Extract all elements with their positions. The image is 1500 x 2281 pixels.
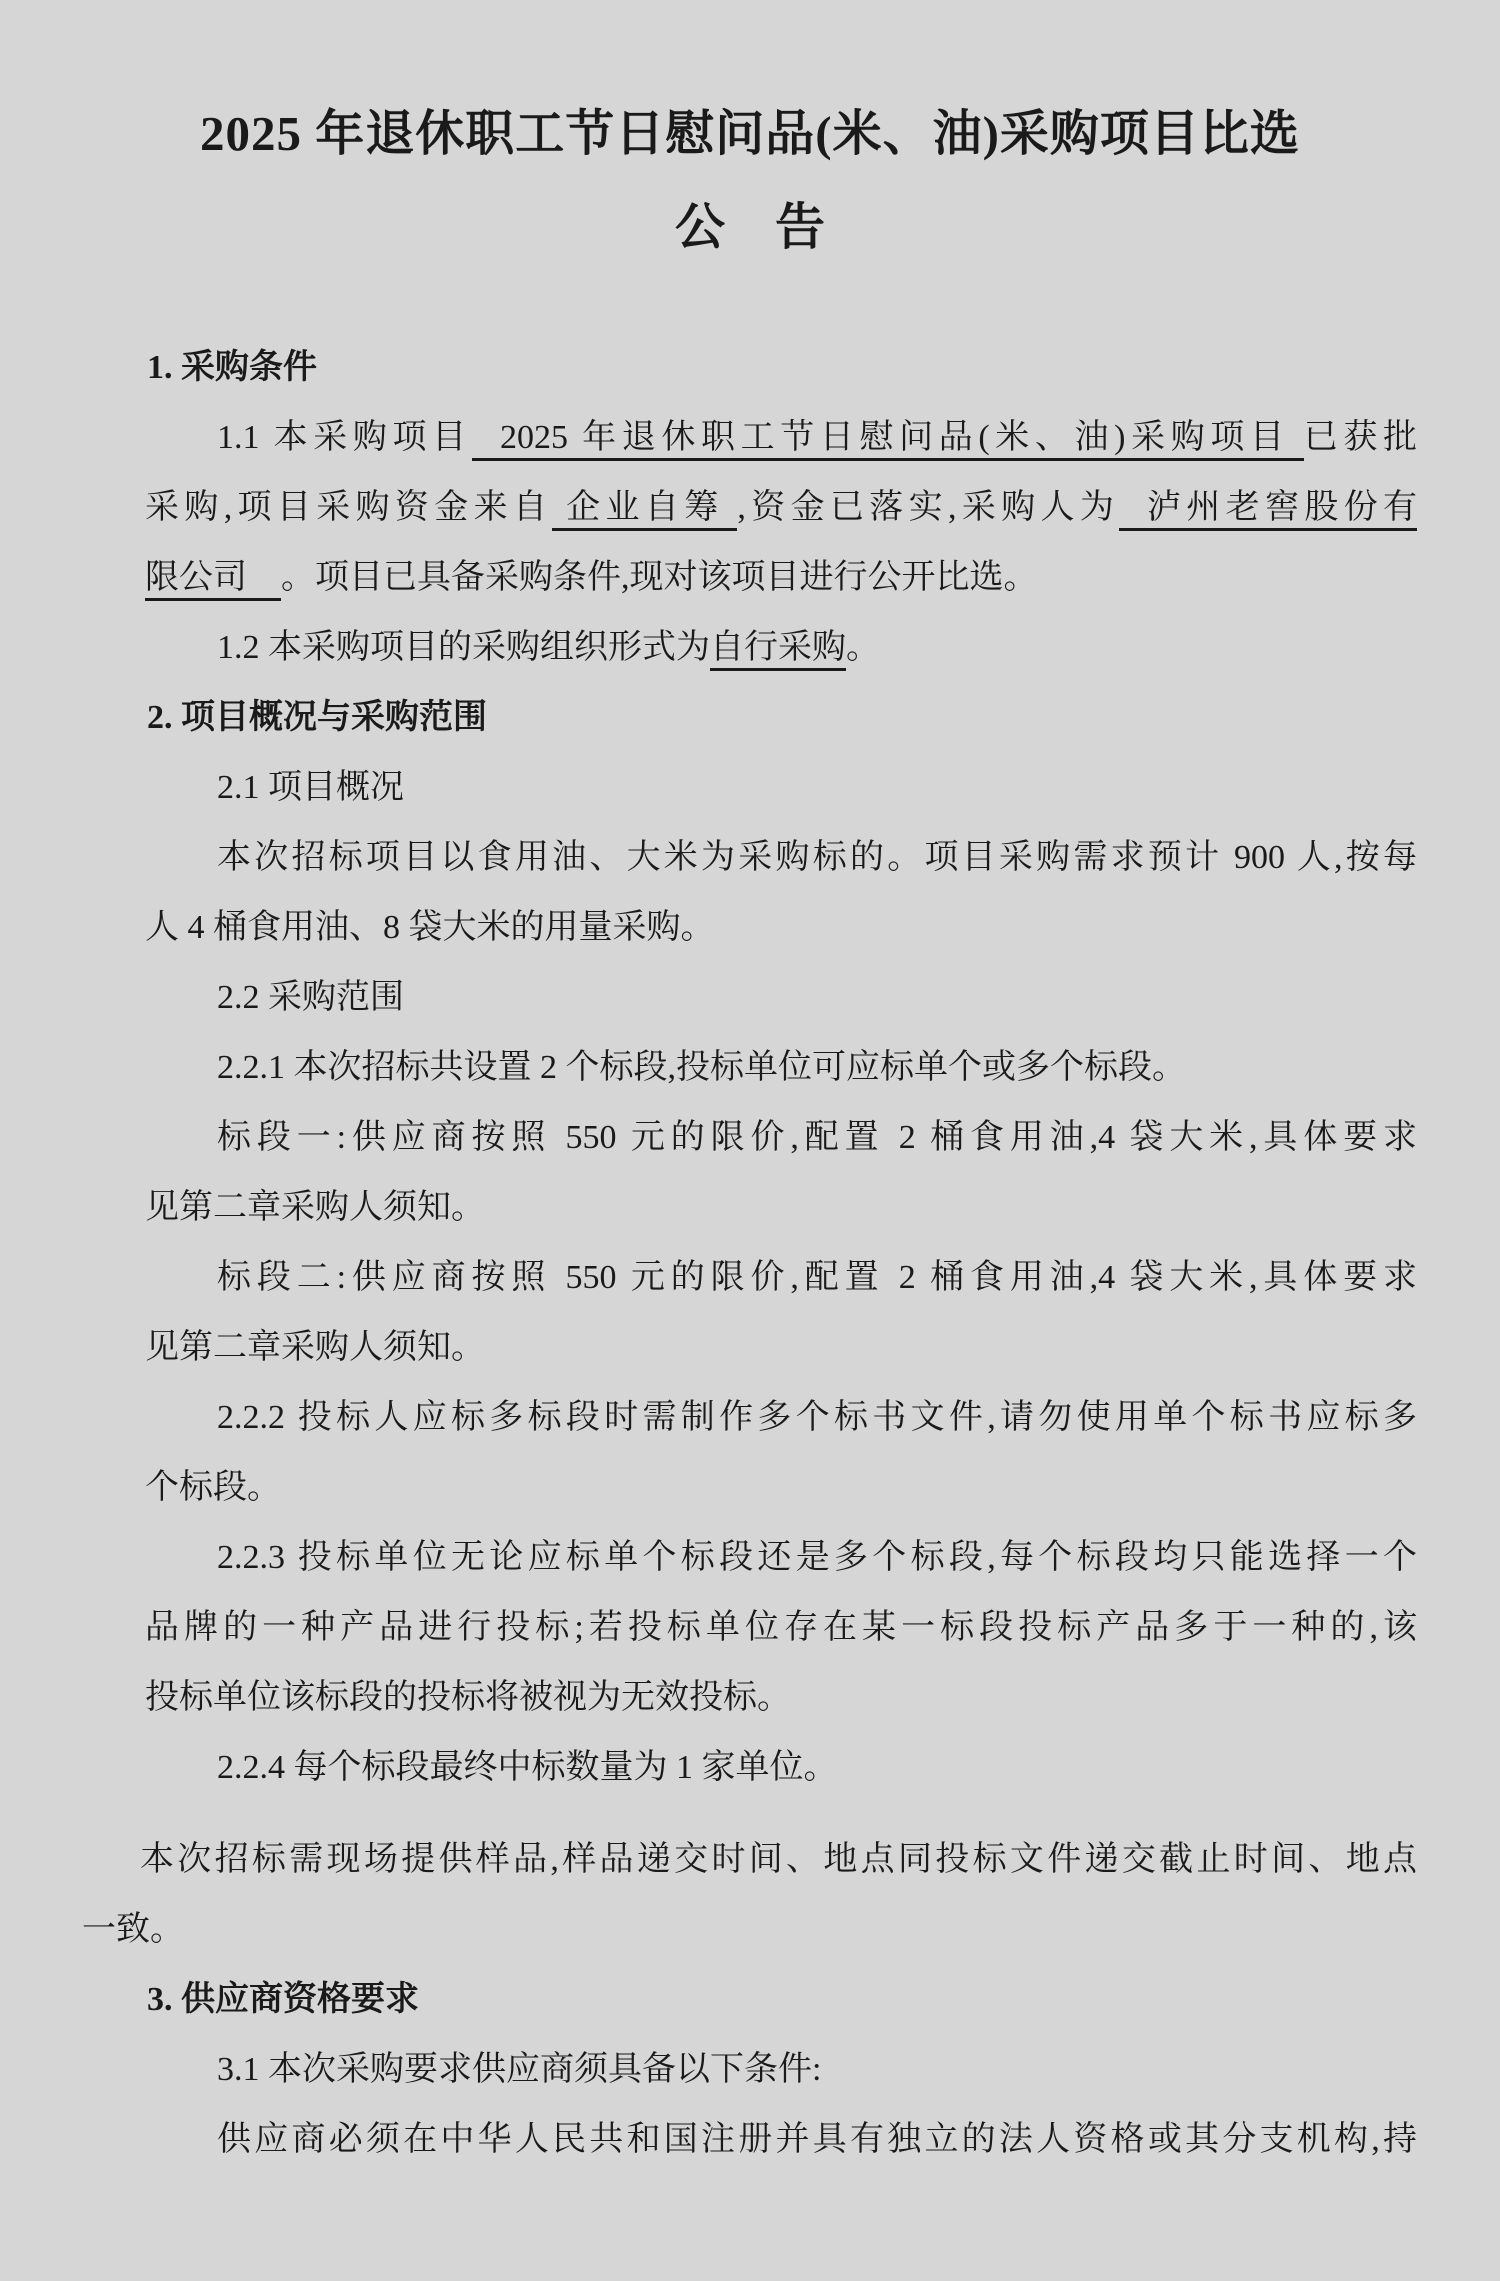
page-title-line2: 公 告 bbox=[0, 196, 1500, 259]
text-segment: ,资金已落实,采购人为 bbox=[737, 489, 1119, 526]
text-segment: 本次招标项目以食用油、大米为采购标的。项目采购需求预计 900 人,按每 bbox=[217, 839, 1417, 876]
document-line: 投标单位该标段的投标将被视为无效投标。 bbox=[145, 1663, 1417, 1733]
text-segment: 。项目已具备采购条件,现对该项目进行公开比选。 bbox=[281, 559, 1038, 596]
document-line: 个标段。 bbox=[145, 1453, 1417, 1523]
document-line: 见第二章采购人须知。 bbox=[145, 1313, 1417, 1383]
document-line: 供应商必须在中华人民共和国注册并具有独立的法人资格或其分支机构,持 bbox=[217, 2105, 1417, 2175]
underlined-field: 2025 年退休职工节日慰问品(米、油)采购项目 bbox=[472, 419, 1304, 461]
document-line: 2.2.4 每个标段最终中标数量为 1 家单位。 bbox=[217, 1733, 1417, 1803]
text-segment: 一致。 bbox=[82, 1911, 184, 1948]
document-body: 1. 采购条件1.1 本采购项目 2025 年退休职工节日慰问品(米、油)采购项… bbox=[0, 333, 1500, 2175]
document-line: 2.2.2 投标人应标多标段时需制作多个标书文件,请勿使用单个标书应标多 bbox=[217, 1383, 1417, 1453]
document-line: 1.1 本采购项目 2025 年退休职工节日慰问品(米、油)采购项目 已获批 bbox=[217, 403, 1417, 473]
text-segment: 1.2 本采购项目的采购组织形式为 bbox=[217, 629, 710, 666]
document-line: 一致。 bbox=[82, 1895, 1417, 1965]
text-segment: 标段二:供应商按照 550 元的限价,配置 2 桶食用油,4 袋大米,具体要求 bbox=[217, 1259, 1417, 1296]
text-segment: 采购,项目采购资金来自 bbox=[145, 489, 552, 526]
text-segment: 本次招标需现场提供样品,样品递交时间、地点同投标文件递交截止时间、地点 bbox=[140, 1841, 1417, 1878]
text-segment: 2.2.4 每个标段最终中标数量为 1 家单位。 bbox=[217, 1749, 838, 1786]
document-line: 本次招标需现场提供样品,样品递交时间、地点同投标文件递交截止时间、地点 bbox=[140, 1825, 1417, 1895]
document-line: 限公司 。项目已具备采购条件,现对该项目进行公开比选。 bbox=[145, 543, 1417, 613]
document-line: 2.2.1 本次招标共设置 2 个标段,投标单位可应标单个或多个标段。 bbox=[217, 1033, 1417, 1103]
text-segment: 标段一:供应商按照 550 元的限价,配置 2 桶食用油,4 袋大米,具体要求 bbox=[217, 1119, 1417, 1156]
underlined-field: 自行采购 bbox=[710, 629, 846, 671]
document-line: 3.1 本次采购要求供应商须具备以下条件: bbox=[217, 2035, 1417, 2105]
text-segment: 见第二章采购人须知。 bbox=[145, 1329, 485, 1366]
section-heading: 3. 供应商资格要求 bbox=[147, 1965, 1417, 2035]
document-line: 标段二:供应商按照 550 元的限价,配置 2 桶食用油,4 袋大米,具体要求 bbox=[217, 1243, 1417, 1313]
underlined-field: 企业自筹 bbox=[552, 489, 737, 531]
document-line: 标段一:供应商按照 550 元的限价,配置 2 桶食用油,4 袋大米,具体要求 bbox=[217, 1103, 1417, 1173]
document-line: 1.2 本采购项目的采购组织形式为自行采购。 bbox=[217, 613, 1417, 683]
section-heading: 1. 采购条件 bbox=[147, 333, 1417, 403]
document-line: 见第二章采购人须知。 bbox=[145, 1173, 1417, 1243]
text-segment: 2.1 项目概况 bbox=[217, 769, 404, 806]
document-line: 2.1 项目概况 bbox=[217, 753, 1417, 823]
text-segment: 3.1 本次采购要求供应商须具备以下条件: bbox=[217, 2051, 821, 2088]
section-heading: 2. 项目概况与采购范围 bbox=[147, 683, 1417, 753]
text-segment: 人 4 桶食用油、8 袋大米的用量采购。 bbox=[145, 909, 715, 946]
text-segment: 2. 项目概况与采购范围 bbox=[147, 699, 487, 736]
document-line: 2.2 采购范围 bbox=[217, 963, 1417, 1033]
text-segment: 投标单位该标段的投标将被视为无效投标。 bbox=[145, 1679, 791, 1716]
text-segment: 3. 供应商资格要求 bbox=[147, 1981, 419, 2018]
document-line: 采购,项目采购资金来自 企业自筹 ,资金已落实,采购人为 泸州老窖股份有 bbox=[145, 473, 1417, 543]
document-line: 2.2.3 投标单位无论应标单个标段还是多个标段,每个标段均只能选择一个 bbox=[217, 1523, 1417, 1593]
text-segment: 见第二章采购人须知。 bbox=[145, 1189, 485, 1226]
text-segment: 2.2.2 投标人应标多标段时需制作多个标书文件,请勿使用单个标书应标多 bbox=[217, 1399, 1417, 1436]
text-segment: 2.2.1 本次招标共设置 2 个标段,投标单位可应标单个或多个标段。 bbox=[217, 1049, 1186, 1086]
text-segment: 已获批 bbox=[1304, 419, 1417, 456]
underlined-field: 泸州老窖股份有 bbox=[1119, 489, 1417, 531]
text-segment: 个标段。 bbox=[145, 1469, 281, 1506]
text-segment: 1.1 本采购项目 bbox=[217, 419, 472, 456]
document-line: 本次招标项目以食用油、大米为采购标的。项目采购需求预计 900 人,按每 bbox=[217, 823, 1417, 893]
text-segment: 2.2 采购范围 bbox=[217, 979, 404, 1016]
text-segment: 2.2.3 投标单位无论应标单个标段还是多个标段,每个标段均只能选择一个 bbox=[217, 1539, 1417, 1576]
text-segment: 。 bbox=[846, 629, 880, 666]
document-line: 品牌的一种产品进行投标;若投标单位存在某一标段投标产品多于一种的,该 bbox=[145, 1593, 1417, 1663]
underlined-field: 限公司 bbox=[145, 559, 281, 601]
page-title: 2025 年退休职工节日慰问品(米、油)采购项目比选 bbox=[0, 103, 1500, 164]
text-segment: 供应商必须在中华人民共和国注册并具有独立的法人资格或其分支机构,持 bbox=[217, 2121, 1417, 2158]
document-page: 2025 年退休职工节日慰问品(米、油)采购项目比选 公 告 1. 采购条件1.… bbox=[0, 0, 1500, 2281]
text-segment: 品牌的一种产品进行投标;若投标单位存在某一标段投标产品多于一种的,该 bbox=[145, 1609, 1417, 1646]
text-segment: 1. 采购条件 bbox=[147, 349, 317, 386]
document-line: 人 4 桶食用油、8 袋大米的用量采购。 bbox=[145, 893, 1417, 963]
